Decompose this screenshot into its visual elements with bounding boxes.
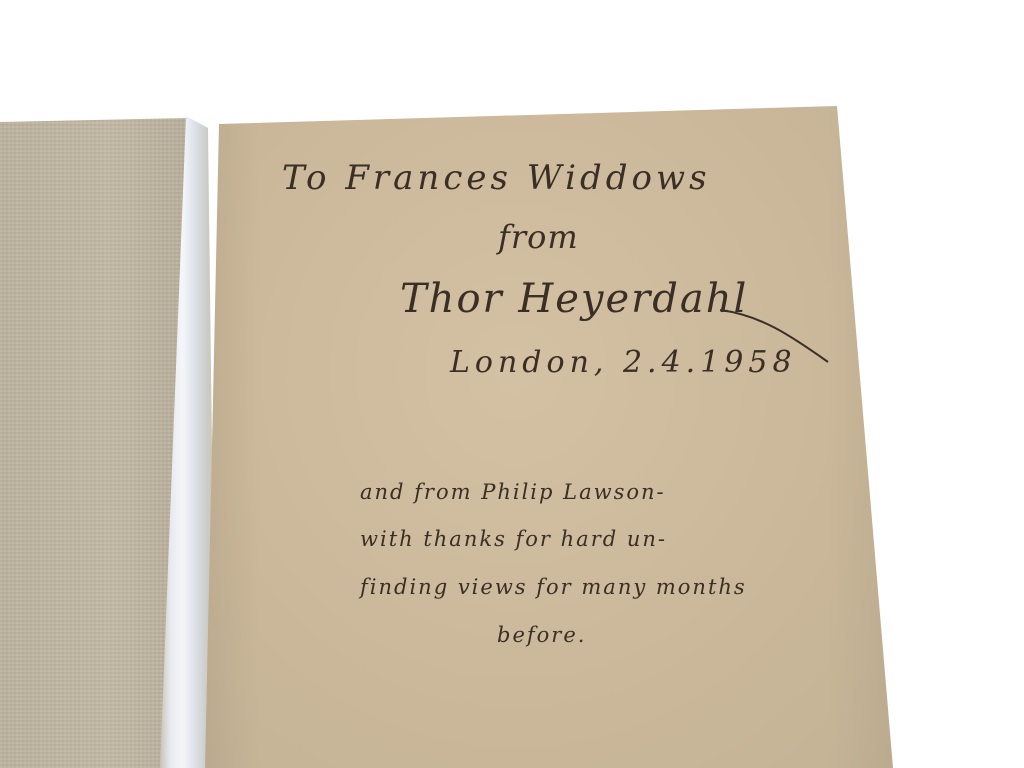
inscription-place-date: London, 2.4.1958 (450, 345, 797, 380)
inscription-recipient: To Frances Widdows (282, 158, 711, 198)
note-line-4: before. (497, 623, 586, 647)
photo-scene: To Frances Widdows from Thor Heyerdahl L… (0, 0, 1024, 768)
note-line-3: finding views for many months (360, 575, 747, 599)
note-line-2: with thanks for hard un- (360, 527, 667, 551)
inscription-from: from (498, 218, 579, 256)
inscription-signature: Thor Heyerdahl (400, 276, 748, 322)
endpaper-page (205, 106, 895, 768)
book-cover-board (0, 118, 190, 768)
note-line-1: and from Philip Lawson- (360, 480, 666, 504)
